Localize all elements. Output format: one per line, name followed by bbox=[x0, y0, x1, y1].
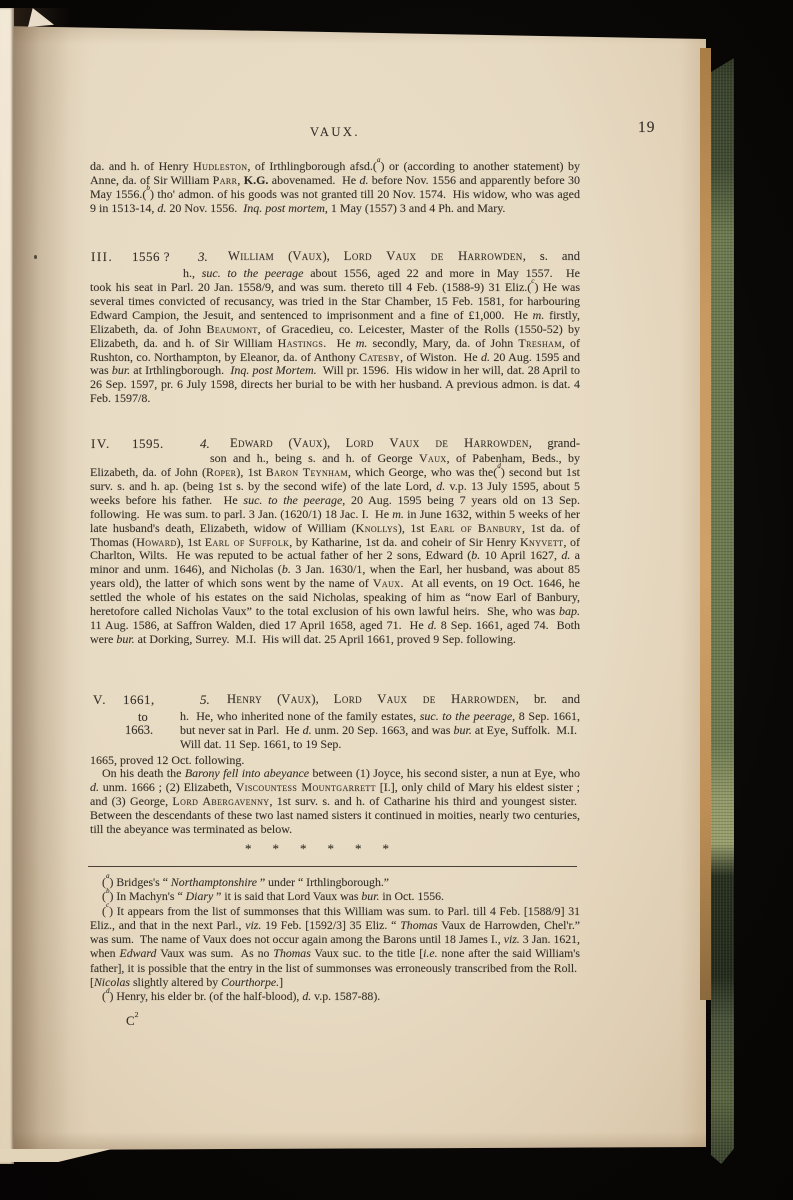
entry-date: 1595. bbox=[132, 437, 164, 451]
footnote-a: (a) Bridges's “ Northamptonshire ” under… bbox=[90, 875, 580, 889]
asterisk-separator: * * * * * * bbox=[245, 842, 389, 856]
asterisk: * bbox=[328, 842, 335, 856]
book-fore-edge bbox=[700, 48, 711, 1000]
entry-name-line: William (Vaux), Lord Vaux de Harrowden, … bbox=[228, 250, 580, 264]
footnote-b: (b) In Machyn's “ Diary ” it is said tha… bbox=[90, 889, 580, 903]
footnote-d: (d) Henry, his elder br. (of the half-bl… bbox=[90, 989, 580, 1003]
abeyance-paragraph: On his death the Barony fell into abeyan… bbox=[90, 767, 580, 837]
asterisk: * bbox=[355, 842, 362, 856]
entry-numeral: IV. bbox=[91, 437, 111, 451]
entry-henry-vaux: V. 1661, 5. Henry (Vaux), Lord Vaux de H… bbox=[90, 693, 580, 853]
entry-name-line: Edward (Vaux), Lord Vaux de Harrowden, g… bbox=[230, 437, 580, 451]
signature-superscript: 2 bbox=[135, 1010, 139, 1019]
entry-ordinal: 4. bbox=[200, 437, 210, 451]
signature-letter: C bbox=[126, 1013, 135, 1028]
underleaf-bottom-edge bbox=[0, 1149, 112, 1162]
running-header-title: VAUX. bbox=[90, 126, 580, 140]
intro-paragraph-block: da. and h. of Henry Hudleston, of Irthli… bbox=[90, 160, 580, 216]
page-number: 19 bbox=[638, 121, 656, 135]
ink-speck bbox=[34, 255, 37, 259]
footnotes-block: (a) Bridges's “ Northamptonshire ” under… bbox=[90, 875, 580, 1004]
entry-indented-block: h. He, who inherited none of the family … bbox=[180, 710, 580, 752]
footnote-c: (c) It appears from the list of summonse… bbox=[90, 904, 580, 990]
entry-date-last: 1663. bbox=[125, 724, 153, 738]
gutter-shadow bbox=[14, 8, 70, 1154]
asterisk: * bbox=[273, 842, 280, 856]
photo-background: VAUX. 19 da. and h. of Henry Hudleston, … bbox=[0, 0, 793, 1200]
footnote-separator-rule bbox=[88, 866, 577, 867]
entry-date-first: 1661, bbox=[123, 693, 155, 707]
entry-body: Elizabeth, da. of John (Roper), 1st Baro… bbox=[90, 466, 580, 647]
entry-head: V. 1661, 5. Henry (Vaux), Lord Vaux de H… bbox=[90, 693, 580, 710]
entry-ordinal: 3. bbox=[198, 250, 208, 264]
entry-second-line: son and h., being s. and h. of George Va… bbox=[210, 452, 580, 466]
entry-ordinal: 5. bbox=[200, 693, 210, 707]
asterisk: * bbox=[300, 842, 307, 856]
entry-numeral: V. bbox=[93, 693, 107, 707]
signature-mark: C2 bbox=[126, 1014, 139, 1028]
entry-william-vaux: III. 1556 ? 3. William (Vaux), Lord Vaux… bbox=[90, 250, 580, 436]
adjacent-page-edge bbox=[0, 8, 14, 1164]
entry-body: took his seat in Parl. 20 Jan. 1558/9, a… bbox=[90, 281, 580, 406]
entry-name-line: Henry (Vaux), Lord Vaux de Harrowden, br… bbox=[227, 693, 580, 707]
entry-numeral: III. bbox=[91, 250, 113, 264]
asterisk: * bbox=[245, 842, 252, 856]
intro-paragraph: da. and h. of Henry Hudleston, of Irthli… bbox=[90, 160, 580, 216]
book-page: VAUX. 19 da. and h. of Henry Hudleston, … bbox=[0, 22, 706, 1150]
asterisk: * bbox=[383, 842, 390, 856]
entry-date: 1556 ? bbox=[132, 250, 170, 264]
entry-head: III. 1556 ? 3. William (Vaux), Lord Vaux… bbox=[90, 250, 580, 267]
green-cloth-cover-edge bbox=[711, 58, 734, 1164]
entry-second-line: h., suc. to the peerage about 1556, aged… bbox=[183, 267, 580, 281]
entry-edward-vaux: IV. 1595. 4. Edward (Vaux), Lord Vaux de… bbox=[90, 437, 580, 693]
